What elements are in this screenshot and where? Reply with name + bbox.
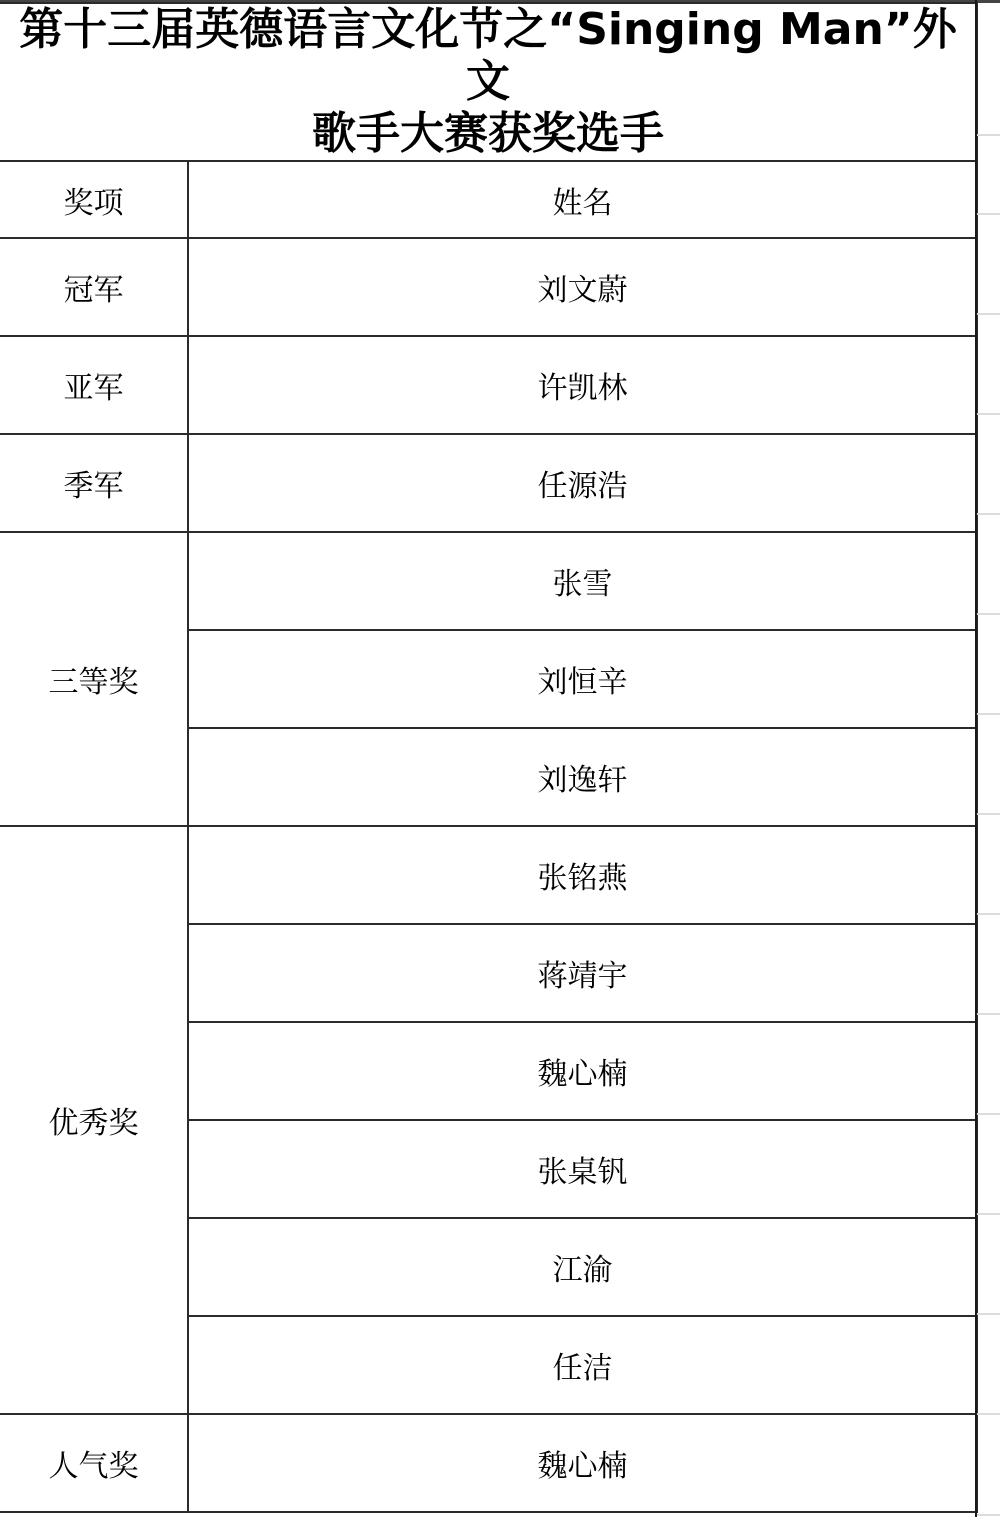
name-cell[interactable]: 许凯林 xyxy=(188,336,977,434)
header-name[interactable]: 姓名 xyxy=(188,161,977,238)
gridline xyxy=(977,413,1000,415)
award-cell-runner-up[interactable]: 亚军 xyxy=(0,336,188,434)
gridline xyxy=(977,313,1000,315)
name-cell[interactable]: 刘恒辛 xyxy=(188,630,977,728)
gridline xyxy=(977,1313,1000,1315)
award-cell-excellence[interactable]: 优秀奖 xyxy=(0,826,188,1414)
gridline xyxy=(977,1514,1000,1516)
award-cell-popularity[interactable]: 人气奖 xyxy=(0,1414,188,1512)
gridline xyxy=(977,1013,1000,1015)
name-cell[interactable]: 江渝 xyxy=(188,1218,977,1316)
name-cell[interactable]: 魏心楠 xyxy=(188,1022,977,1120)
gridline xyxy=(977,513,1000,515)
gridline xyxy=(977,913,1000,915)
name-cell[interactable]: 魏心楠 xyxy=(188,1414,977,1512)
title-line-2: 歌手大赛获奖选手 xyxy=(0,108,976,160)
name-cell[interactable]: 刘逸轩 xyxy=(188,728,977,826)
spreadsheet: 第十三届英德语言文化节之“Singing Man”外文 歌手大赛获奖选手 奖项 … xyxy=(0,0,1000,1517)
name-cell[interactable]: 张铭燕 xyxy=(188,826,977,924)
title-line-1: 第十三届英德语言文化节之“Singing Man”外文 xyxy=(0,4,976,108)
award-cell-third-place[interactable]: 季军 xyxy=(0,434,188,532)
gridline xyxy=(977,134,1000,136)
award-cell-third-prize[interactable]: 三等奖 xyxy=(0,532,188,826)
gridline xyxy=(977,213,1000,215)
award-table: 第十三届英德语言文化节之“Singing Man”外文 歌手大赛获奖选手 奖项 … xyxy=(0,2,978,1513)
gridline xyxy=(977,813,1000,815)
name-cell[interactable]: 刘文蔚 xyxy=(188,238,977,336)
name-cell[interactable]: 蒋靖宇 xyxy=(188,924,977,1022)
name-cell[interactable]: 张桌钒 xyxy=(188,1120,977,1218)
table-right-border xyxy=(975,0,977,1517)
name-cell[interactable]: 张雪 xyxy=(188,532,977,630)
award-cell-champion[interactable]: 冠军 xyxy=(0,238,188,336)
name-cell[interactable]: 任源浩 xyxy=(188,434,977,532)
gridline xyxy=(977,1113,1000,1115)
gridline xyxy=(977,1413,1000,1415)
gridline xyxy=(977,1213,1000,1215)
title-cell[interactable]: 第十三届英德语言文化节之“Singing Man”外文 歌手大赛获奖选手 xyxy=(0,3,977,161)
header-award[interactable]: 奖项 xyxy=(0,161,188,238)
gridline xyxy=(977,713,1000,715)
gridline xyxy=(977,613,1000,615)
name-cell[interactable]: 任洁 xyxy=(188,1316,977,1414)
